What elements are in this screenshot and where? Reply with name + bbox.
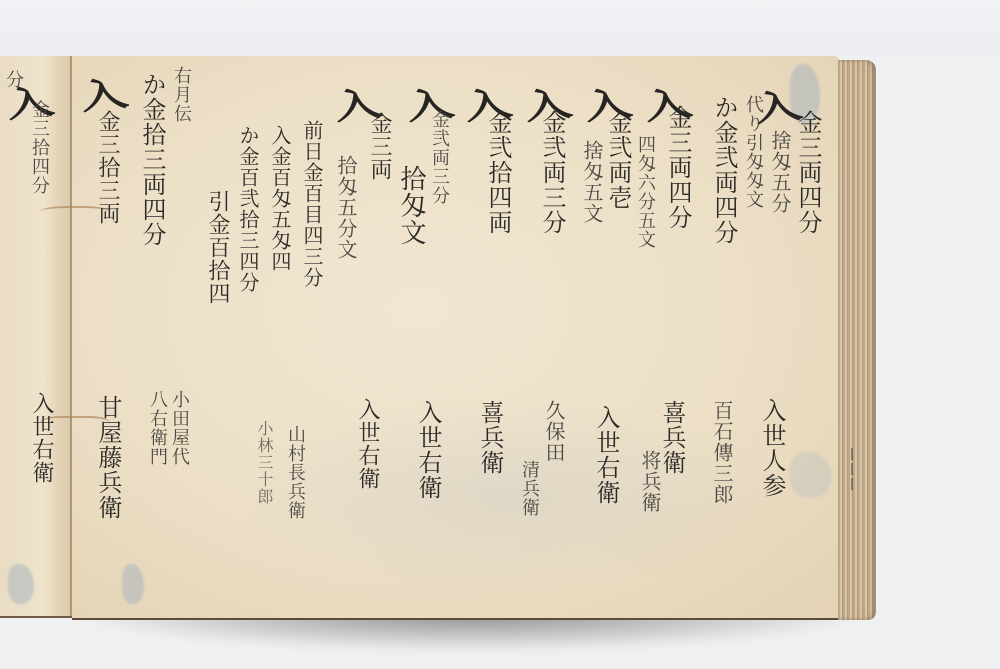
ledger-amount-column: か金拾三両四分 — [140, 72, 164, 247]
repair-patch-stain — [8, 564, 34, 604]
ledger-amount-column: か金弐両四分 — [712, 95, 736, 245]
repair-patch-stain — [790, 452, 832, 498]
ledger-amount-column: 金三拾四分 — [30, 100, 48, 195]
ledger-name-column: 久保田 — [544, 400, 564, 463]
ledger-amount-column: 引金百拾四 — [206, 190, 228, 305]
ledger-name-column: 入世右衛 — [30, 392, 52, 484]
ledger-amount-column: 拾匁文 — [398, 165, 424, 246]
ledger-amount-column: 金弐両壱 — [606, 110, 630, 210]
ledger-name-column: 喜兵衛 — [478, 400, 502, 475]
ledger-amount-column: 金三拾三両 — [96, 110, 118, 225]
ledger-name-column: 入世右衛 — [356, 398, 378, 490]
ledger-name-column: 清兵衛 — [520, 460, 538, 517]
ledger-name-column: 将兵衛 — [640, 450, 660, 513]
ledger-name-column: 入世右衛 — [416, 400, 440, 500]
ledger-amount-column: 金三両四分 — [796, 110, 820, 235]
ledger-name-column: 甘屋藤兵衛 — [96, 395, 120, 520]
stacked-page-edges — [838, 60, 876, 620]
repair-patch-stain — [122, 564, 144, 604]
bleed-through-ghost-text — [230, 396, 790, 596]
ledger-name-column: 入世右衛 — [594, 405, 618, 505]
ledger-amount-column: 金弐両三分 — [540, 110, 564, 235]
ledger-amount-column: 捨匁五分 — [770, 130, 790, 214]
ledger-name-column: 八右衛門 — [148, 390, 166, 466]
ledger-amount-column: 前日金百目四三分 — [302, 120, 322, 288]
ledger-name-column: 喜兵衛 — [660, 400, 684, 475]
background-surface — [0, 0, 1000, 56]
ledger-name-column: 小田屋代 — [170, 390, 188, 466]
ledger-amount-column: 金弐拾四両 — [486, 110, 510, 235]
ledger-amount-column: 金三両四分 — [666, 105, 690, 230]
ledger-amount-column: 金三両 — [368, 112, 390, 181]
ledger-name-column: 小林三十郎 — [256, 420, 272, 505]
ledger-amount-column: 分 — [4, 70, 22, 89]
page-edge-ink-mark: ||| — [846, 446, 858, 491]
ledger-amount-column: か金百弐拾三四分 — [238, 125, 258, 293]
ledger-amount-column: 入金百匁五匁四 — [270, 125, 290, 272]
ledger-amount-column: 右月伝 — [172, 66, 190, 123]
ledger-amount-column: 金弐両三分 — [430, 110, 448, 205]
ledger-amount-column: 拾匁五分文 — [336, 155, 356, 260]
ledger-name-column: 山村長兵衛 — [286, 425, 304, 520]
ledger-amount-column: 代り引匁匁文 — [744, 95, 762, 209]
ledger-name-column: 入世人参 — [760, 398, 784, 498]
ledger-name-column: 百石傳三郎 — [712, 400, 732, 505]
ledger-amount-column: 捨匁五文 — [582, 140, 602, 224]
ledger-amount-column: 四匁六分五文 — [636, 135, 654, 249]
